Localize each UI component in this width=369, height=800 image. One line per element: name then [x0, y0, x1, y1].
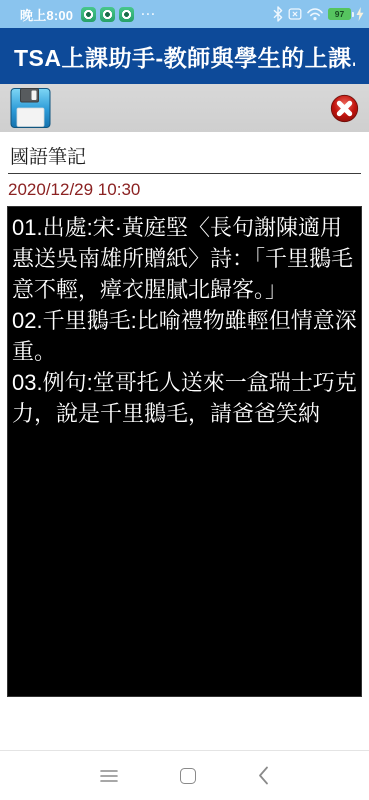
more-notifications-dots: ···: [141, 7, 156, 21]
status-icons: 97: [273, 6, 364, 22]
wifi-icon: [307, 8, 323, 21]
battery-nub: [352, 12, 354, 17]
close-icon: [329, 93, 360, 124]
toolbar: [0, 84, 369, 132]
notification-badges: [81, 7, 134, 22]
phone-screen: 晚上8:00 ···: [0, 0, 369, 800]
android-nav-bar: [0, 750, 369, 800]
save-button[interactable]: [10, 87, 51, 129]
menu-icon: [100, 769, 118, 783]
status-bar: 晚上8:00 ···: [0, 0, 369, 28]
nav-back-button[interactable]: [258, 766, 269, 785]
close-button[interactable]: [329, 93, 360, 124]
status-time: 晚上8:00: [20, 5, 73, 24]
bluetooth-icon: [273, 6, 283, 22]
back-chevron-icon: [258, 766, 269, 785]
battery-percent: 97: [335, 9, 344, 19]
app-title-bar: TSA上課助手-教師與學生的上課...: [0, 28, 369, 84]
nav-home-button[interactable]: [180, 768, 196, 784]
notification-app-icon: [119, 7, 134, 22]
note-timestamp: 2020/12/29 10:30: [8, 180, 361, 200]
note-body-input[interactable]: 01.出處:宋·黃庭堅〈長句謝陳適用惠送吳南雄所贈紙〉詩：「千里鵝毛意不輕，瘴衣…: [7, 206, 362, 697]
no-sim-icon: [288, 7, 302, 21]
app-title: TSA上課助手-教師與學生的上課...: [14, 40, 355, 73]
charging-bolt-icon: [356, 7, 364, 21]
notification-app-icon: [100, 7, 115, 22]
nav-menu-button[interactable]: [100, 769, 118, 783]
notification-app-icon: [81, 7, 96, 22]
note-editor: 國語筆記 2020/12/29 10:30 01.出處:宋·黃庭堅〈長句謝陳適用…: [0, 142, 369, 697]
note-title-input[interactable]: 國語筆記: [8, 142, 361, 174]
battery-icon: 97: [328, 8, 351, 20]
note-title-value: 國語筆記: [10, 147, 86, 168]
home-icon: [180, 768, 196, 784]
save-icon: [10, 87, 51, 129]
